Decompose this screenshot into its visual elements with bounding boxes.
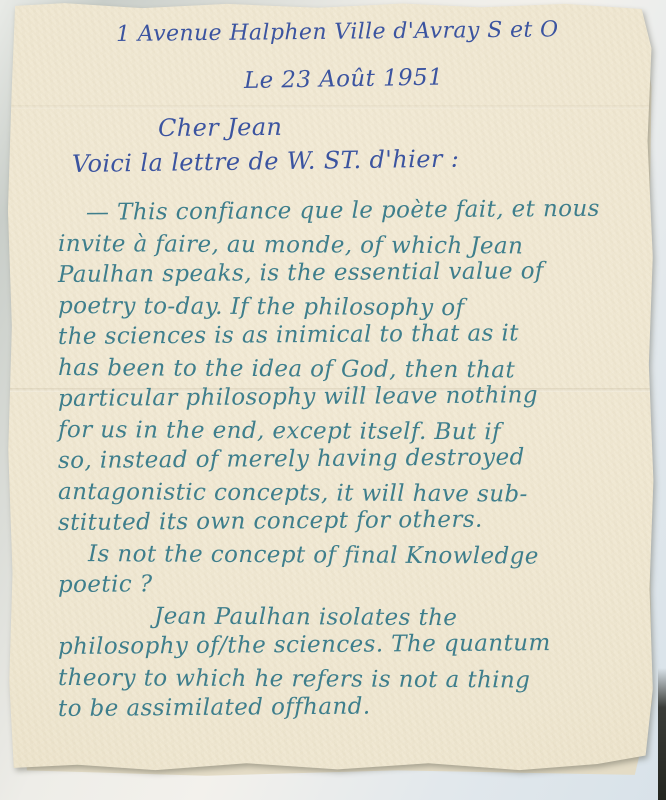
letter-line: stituted its own concept for others. (58, 504, 600, 539)
letter-line: philosophy of/the sciences. The quantum (58, 628, 600, 663)
letter-paper-wrap: 1 Avenue Halphen Ville d'Avray S et O Le… (6, 2, 656, 774)
address-line: 1 Avenue Halphen Ville d'Avray S et O (116, 17, 559, 47)
letter-body: — This confiance que le poète fait, et n… (58, 198, 600, 725)
letter-paper: 1 Avenue Halphen Ville d'Avray S et O Le… (6, 2, 656, 774)
letter-line: poetic ? (58, 566, 600, 601)
intro-line: Voici la lettre de W. ST. d'hier : (72, 145, 460, 178)
salutation: Cher Jean (158, 113, 283, 142)
letter-line: particular philosophy will leave nothing (58, 380, 600, 415)
fold-crease-upper (6, 105, 656, 109)
letter-line: to be assimilated offhand. (58, 690, 600, 725)
letter-line: Paulhan speaks, is the essential value o… (58, 256, 600, 291)
letter-line: so, instead of merely having destroyed (58, 442, 600, 477)
letter-line: — This confiance que le poète fait, et n… (58, 194, 600, 229)
date-line: Le 23 Août 1951 (244, 65, 444, 94)
letter-line: the sciences is as inimical to that as i… (58, 318, 600, 353)
scanner-edge-shadow (658, 668, 666, 800)
scan-background: 1 Avenue Halphen Ville d'Avray S et O Le… (0, 0, 666, 800)
